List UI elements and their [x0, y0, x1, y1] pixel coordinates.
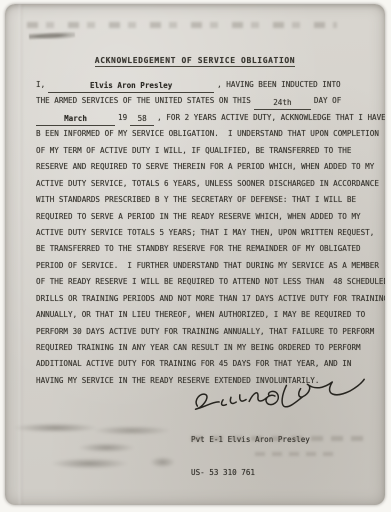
body-line: ANNUALLY, OR THAT IN LIEU THEREOF, WHEN …	[36, 307, 385, 323]
line2-prefix: THE ARMED SERVICES OF THE UNITED STATES …	[36, 96, 251, 105]
year-fill-in: 58	[130, 113, 154, 126]
body-line: PERIOD OF SERVICE. I FURTHER UNDERSTAND …	[36, 258, 385, 274]
body-line: ACTIVE DUTY SERVICE, TOTALS 6 YEARS, UNL…	[36, 176, 385, 192]
year-prefix: 19	[118, 113, 127, 122]
body-line: WITH STANDARDS PRESCRIBED B Y THE SECRET…	[36, 192, 385, 208]
body-line: BE TRANSFERRED TO THE STANDBY RESERVE FO…	[36, 241, 385, 257]
signature-block: Pvt E-1 Elvis Aron Presley US- 53 310 76…	[173, 380, 383, 436]
fill-in-line-day: THE ARMED SERVICES OF THE UNITED STATES …	[36, 93, 385, 109]
body-line: RESERVE AND REQUIRED TO SERVE THEREIN FO…	[36, 159, 385, 175]
bleedthrough-bottom-2	[255, 452, 340, 456]
document-body: I,Elvis Aron Presley, HAVING BEEN INDUCT…	[36, 77, 385, 389]
paper: ACKNOWLEDGEMENT OF SERVICE OBLIGATION I,…	[5, 4, 385, 505]
line3-suffix: , FOR 2 YEARS ACTIVE DUTY, ACKNOWLEDGE T…	[157, 113, 385, 122]
body-line: OF THE READY RESERVE I WILL BE REQUIRED …	[36, 274, 385, 290]
line2-suffix: DAY OF	[314, 96, 341, 105]
pencil-scribble	[29, 30, 75, 41]
bleedthrough-top	[27, 22, 337, 28]
body-line: ACTIVE DUTY SERVICE TOTALS 5 YEARS; THAT…	[36, 225, 385, 241]
photo-print-border: ACKNOWLEDGEMENT OF SERVICE OBLIGATION I,…	[0, 0, 391, 512]
pencil-smudge-bottom-left	[13, 416, 183, 482]
month-fill-in: March	[36, 113, 115, 126]
body-line: OF MY TERM OF ACTIVE DUTY I WILL, IF QUA…	[36, 143, 385, 159]
day-fill-in: 24th	[254, 97, 311, 110]
body-line: REQUIRED TO SERVE A PERIOD IN THE READY …	[36, 209, 385, 225]
scanned-document-photo: { "document": { "title": "ACKNOWLEDGEMEN…	[0, 0, 391, 512]
document-title-text: ACKNOWLEDGEMENT OF SERVICE OBLIGATION	[95, 56, 295, 67]
document-title: ACKNOWLEDGEMENT OF SERVICE OBLIGATION	[5, 56, 385, 65]
body-line: B EEN INFORMED OF MY SERVICE OBLIGATION.…	[36, 126, 385, 142]
bleedthrough-bottom	[191, 436, 366, 441]
fill-in-line-date: March1958, FOR 2 YEARS ACTIVE DUTY, ACKN…	[36, 110, 385, 126]
line1-suffix: , HAVING BEEN INDUCTED INTO	[217, 80, 340, 89]
body-line: REQUIRED TRAINING IN ANY YEAR CAN RESULT…	[36, 340, 385, 356]
line1-prefix: I,	[36, 80, 45, 89]
typed-signature: Pvt E-1 Elvis Aron Presley US- 53 310 76…	[191, 412, 310, 500]
name-fill-in: Elvis Aron Presley	[48, 80, 214, 93]
body-line: PERFORM 30 DAYS ACTIVE DUTY FOR TRAINING…	[36, 324, 385, 340]
fill-in-line-name: I,Elvis Aron Presley, HAVING BEEN INDUCT…	[36, 77, 385, 93]
body-line: ADDITIONAL ACTIVE DUTY FOR TRAINING FOR …	[36, 356, 385, 372]
body-line: DRILLS OR TRAINING PERIODS AND NOT MORE …	[36, 291, 385, 307]
service-number: US- 53 310 761	[191, 467, 310, 478]
